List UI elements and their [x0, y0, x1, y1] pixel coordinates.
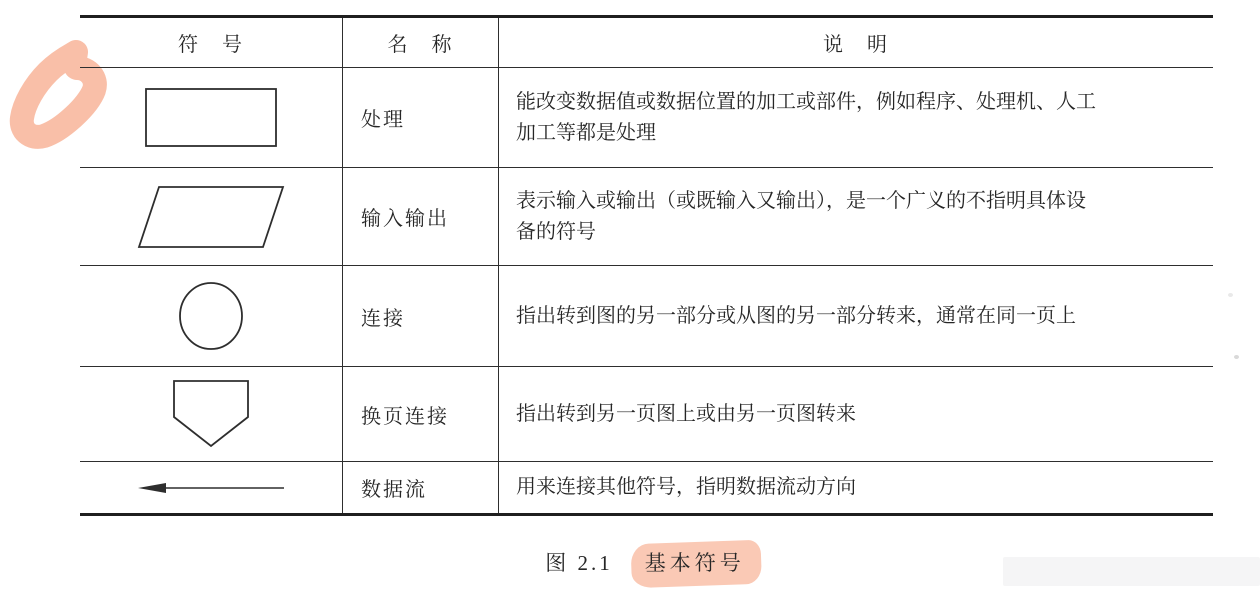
description-text: 能改变数据值或数据位置的加工或部件，例如程序、处理机、人工加工等都是处理: [516, 87, 1098, 149]
header-description: 说 明: [499, 18, 1213, 68]
figure-number: 图 2.1: [545, 551, 613, 575]
description-text: 表示输入或输出（或既输入又输出），是一个广义的不指明具体设备的符号: [516, 186, 1098, 248]
table-row-symbol-cell: [80, 266, 343, 367]
table-row-name: 处理: [343, 68, 499, 168]
header-symbol: 符 号: [80, 18, 343, 68]
table-row-description: 用来连接其他符号，指明数据流动方向: [499, 462, 1213, 513]
table-row-symbol-cell: [80, 168, 343, 266]
header-name: 名 称: [343, 18, 499, 68]
figure-title-text: 基本符号: [645, 551, 745, 575]
table-row-description: 指出转到另一页图上或由另一页图转来: [499, 367, 1213, 462]
input-output-parallelogram-icon: [137, 184, 285, 250]
data-flow-arrow-icon: [136, 480, 286, 496]
scan-speck: [1234, 355, 1239, 359]
figure-title: 基本符号: [639, 549, 751, 577]
table-row-name: 连接: [343, 266, 499, 367]
process-rectangle-icon: [144, 87, 278, 148]
description-text: 用来连接其他符号，指明数据流动方向: [516, 472, 856, 503]
description-text: 指出转到另一页图上或由另一页图转来: [516, 399, 856, 430]
figure-caption: 图 2.1基本符号: [545, 547, 751, 577]
table-row-description: 指出转到图的另一部分或从图的另一部分转来，通常在同一页上: [499, 266, 1213, 367]
off-page-connector-pentagon-icon: [172, 379, 250, 449]
connector-circle-icon: [176, 281, 246, 351]
basic-symbols-table: 符 号 名 称 说 明 处理 能改变数据值或数据位置的加工或部件，例如程序、处理…: [80, 15, 1213, 516]
table-row-symbol-cell: [80, 462, 343, 513]
scan-gray-patch: [1003, 557, 1260, 586]
table-row-description: 能改变数据值或数据位置的加工或部件，例如程序、处理机、人工加工等都是处理: [499, 68, 1213, 168]
table-row-name: 换页连接: [343, 367, 499, 462]
scanned-textbook-page: 符 号 名 称 说 明 处理 能改变数据值或数据位置的加工或部件，例如程序、处理…: [0, 0, 1260, 591]
table-row-symbol-cell: [80, 367, 343, 462]
table-row-name: 数据流: [343, 462, 499, 513]
description-text: 指出转到图的另一部分或从图的另一部分转来，通常在同一页上: [516, 301, 1076, 332]
table-row-description: 表示输入或输出（或既输入又输出），是一个广义的不指明具体设备的符号: [499, 168, 1213, 266]
table-row-symbol-cell: [80, 68, 343, 168]
scan-speck: [1228, 293, 1233, 297]
table-row-name: 输入输出: [343, 168, 499, 266]
